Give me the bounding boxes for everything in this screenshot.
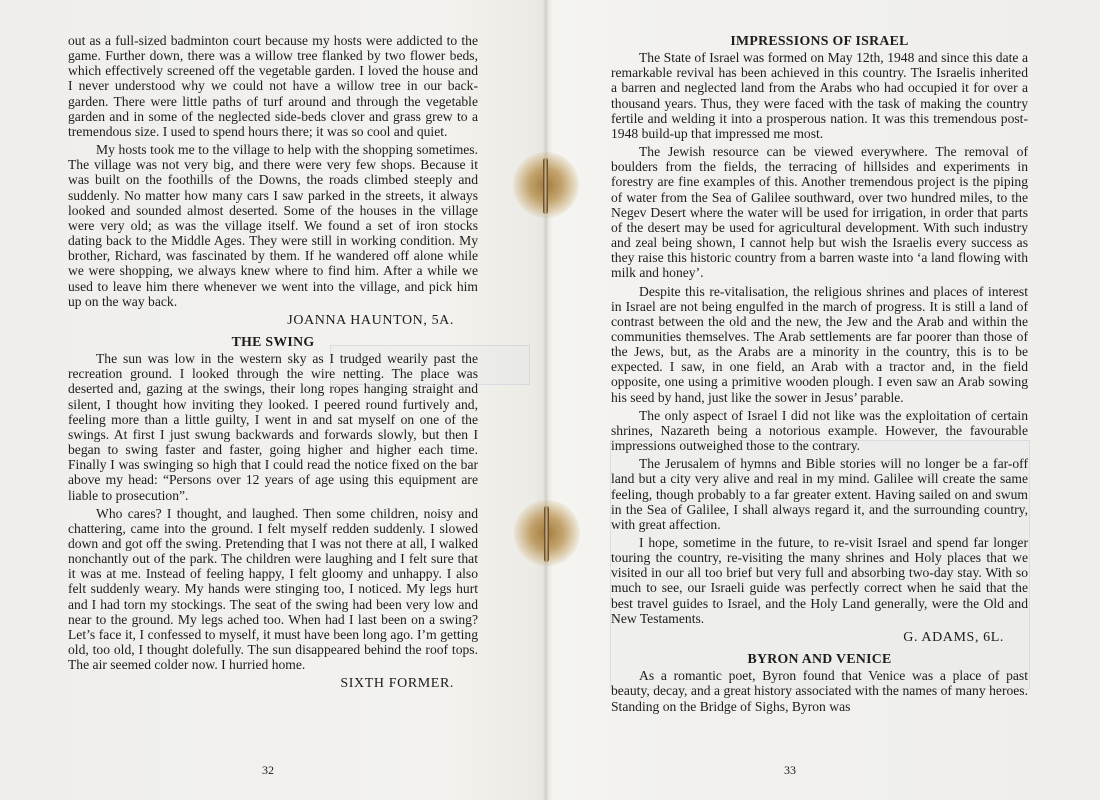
booklet-spread: out as a full-sized badminton court beca… <box>0 0 1100 800</box>
page-number: 33 <box>770 763 810 778</box>
paragraph: I hope, sometime in the future, to re-vi… <box>611 535 1028 626</box>
paragraph: As a romantic poet, Byron found that Ven… <box>611 668 1028 713</box>
author-byline: G. ADAMS, 6L. <box>611 630 1028 645</box>
left-text-column: out as a full-sized badminton court beca… <box>68 33 478 698</box>
paragraph: The sun was low in the western sky as I … <box>68 351 478 503</box>
right-text-column: IMPRESSIONS OF ISRAEL The State of Israe… <box>611 33 1028 714</box>
paragraph: Who cares? I thought, and laughed. Then … <box>68 506 478 673</box>
paragraph: The only aspect of Israel I did not like… <box>611 408 1028 453</box>
paragraph: out as a full-sized badminton court beca… <box>68 33 478 139</box>
right-page: IMPRESSIONS OF ISRAEL The State of Israe… <box>549 0 1100 800</box>
paragraph: Despite this re-vitalisation, the religi… <box>611 284 1028 405</box>
paragraph: The State of Israel was formed on May 12… <box>611 50 1028 141</box>
author-byline: JOANNA HAUNTON, 5A. <box>68 313 478 328</box>
paragraph: My hosts took me to the village to help … <box>68 142 478 309</box>
article-title: BYRON AND VENICE <box>611 651 1028 666</box>
article-title: IMPRESSIONS OF ISRAEL <box>611 33 1028 48</box>
author-byline: SIXTH FORMER. <box>68 676 478 691</box>
paragraph: The Jewish resource can be viewed everyw… <box>611 144 1028 280</box>
left-page: out as a full-sized badminton court beca… <box>0 0 545 800</box>
page-number: 32 <box>248 763 288 778</box>
article-title: THE SWING <box>68 334 478 349</box>
paragraph: The Jerusalem of hymns and Bible stories… <box>611 456 1028 532</box>
